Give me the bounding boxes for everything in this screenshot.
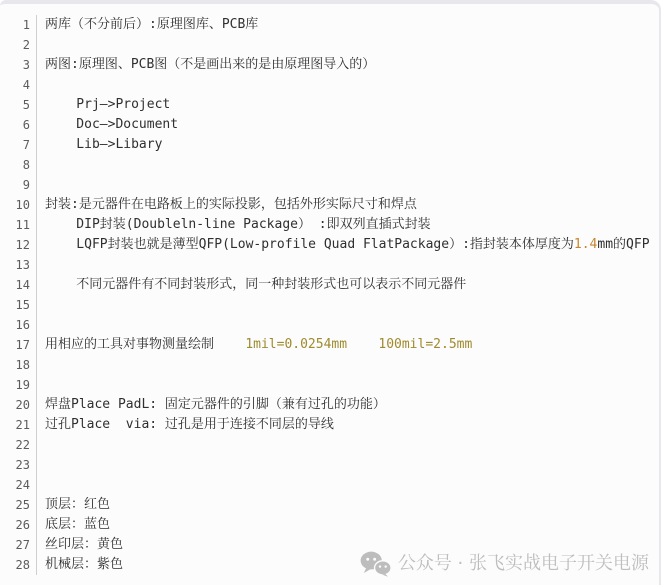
line-number: 15 — [0, 295, 37, 315]
line-number: 4 — [0, 75, 37, 95]
text-line[interactable]: 22 — [0, 435, 659, 455]
line-content: 顶层：红色 — [37, 495, 110, 515]
line-content: Doc—>Document — [37, 115, 178, 135]
text-line[interactable]: 20焊盘Place PadL: 固定元器件的引脚（兼有过孔的功能） — [0, 395, 659, 415]
line-number: 28 — [0, 555, 37, 575]
line-content: 用相应的工具对事物测量绘制 1mil=0.0254mm 100mil=2.5mm — [37, 335, 472, 355]
text-line[interactable]: 4 — [0, 75, 659, 95]
line-number: 18 — [0, 355, 37, 375]
text-line[interactable]: 2 — [0, 35, 659, 55]
line-content: Lib—>Libary — [37, 135, 162, 155]
text-line[interactable]: 13 — [0, 255, 659, 275]
text-line[interactable]: 6 Doc—>Document — [0, 115, 659, 135]
notes-panel: 1两库（不分前后）:原理图库、PCB库23两图:原理图、PCB图（不是画出来的是… — [0, 0, 661, 585]
line-number: 17 — [0, 335, 37, 355]
line-number: 13 — [0, 255, 37, 275]
text-line[interactable]: 26底层：蓝色 — [0, 515, 659, 535]
text-line[interactable]: 15 — [0, 295, 659, 315]
line-content: 底层：蓝色 — [37, 515, 110, 535]
line-content — [37, 355, 45, 375]
line-number: 11 — [0, 215, 37, 235]
line-content — [37, 35, 45, 55]
line-number: 26 — [0, 515, 37, 535]
text-line[interactable]: 18 — [0, 355, 659, 375]
text-line[interactable]: 16 — [0, 315, 659, 335]
line-content — [37, 375, 45, 395]
line-number: 9 — [0, 175, 37, 195]
line-number: 7 — [0, 135, 37, 155]
text-line[interactable]: 21过孔Place via: 过孔是用于连接不同层的导线 — [0, 415, 659, 435]
line-content: 机械层：紫色 — [37, 555, 123, 575]
text-line[interactable]: 12 LQFP封装也就是薄型QFP(Low-profile Quad FlatP… — [0, 235, 659, 255]
text-line[interactable]: 1两库（不分前后）:原理图库、PCB库 — [0, 15, 659, 35]
text-line[interactable]: 10封装:是元器件在电路板上的实际投影，包括外形实际尺寸和焊点 — [0, 195, 659, 215]
line-number: 23 — [0, 455, 37, 475]
line-content: LQFP封装也就是薄型QFP(Low-profile Quad FlatPack… — [37, 235, 650, 255]
text-line[interactable]: 3两图:原理图、PCB图（不是画出来的是由原理图导入的） — [0, 55, 659, 75]
text-line[interactable]: 19 — [0, 375, 659, 395]
line-content: 丝印层：黄色 — [37, 535, 123, 555]
editor-lines[interactable]: 1两库（不分前后）:原理图库、PCB库23两图:原理图、PCB图（不是画出来的是… — [0, 4, 659, 575]
text-line[interactable]: 23 — [0, 455, 659, 475]
line-content: 两库（不分前后）:原理图库、PCB库 — [37, 15, 258, 35]
line-content — [37, 295, 45, 315]
line-number: 14 — [0, 275, 37, 295]
line-number: 6 — [0, 115, 37, 135]
line-number: 1 — [0, 15, 37, 35]
text-line[interactable]: 5 Prj—>Project — [0, 95, 659, 115]
line-content: Prj—>Project — [37, 95, 170, 115]
text-line[interactable]: 28机械层：紫色 — [0, 555, 659, 575]
line-content — [37, 255, 45, 275]
line-content: 封装:是元器件在电路板上的实际投影，包括外形实际尺寸和焊点 — [37, 195, 417, 215]
line-content: DIP封装(Doubleln-line Package） :即双列直插式封装 — [37, 215, 431, 235]
line-content — [37, 455, 45, 475]
line-content — [37, 475, 45, 495]
text-line[interactable]: 8 — [0, 155, 659, 175]
line-number: 8 — [0, 155, 37, 175]
line-number: 12 — [0, 235, 37, 255]
line-number: 16 — [0, 315, 37, 335]
text-line[interactable]: 11 DIP封装(Doubleln-line Package） :即双列直插式封… — [0, 215, 659, 235]
line-number: 22 — [0, 435, 37, 455]
line-number: 25 — [0, 495, 37, 515]
line-number: 10 — [0, 195, 37, 215]
text-line[interactable]: 9 — [0, 175, 659, 195]
line-number: 19 — [0, 375, 37, 395]
line-number: 24 — [0, 475, 37, 495]
text-line[interactable]: 24 — [0, 475, 659, 495]
line-number: 21 — [0, 415, 37, 435]
line-content — [37, 75, 45, 95]
line-content — [37, 155, 45, 175]
line-number: 5 — [0, 95, 37, 115]
line-number: 20 — [0, 395, 37, 415]
text-line[interactable]: 27丝印层：黄色 — [0, 535, 659, 555]
line-number: 27 — [0, 535, 37, 555]
line-content — [37, 315, 45, 335]
line-content: 两图:原理图、PCB图（不是画出来的是由原理图导入的） — [37, 55, 375, 75]
line-content: 焊盘Place PadL: 固定元器件的引脚（兼有过孔的功能） — [37, 395, 386, 415]
text-line[interactable]: 7 Lib—>Libary — [0, 135, 659, 155]
line-number: 2 — [0, 35, 37, 55]
line-content — [37, 435, 45, 455]
text-line[interactable]: 17用相应的工具对事物测量绘制 1mil=0.0254mm 100mil=2.5… — [0, 335, 659, 355]
line-content — [37, 175, 45, 195]
line-content: 过孔Place via: 过孔是用于连接不同层的导线 — [37, 415, 334, 435]
line-number: 3 — [0, 55, 37, 75]
text-line[interactable]: 25顶层：红色 — [0, 495, 659, 515]
text-line[interactable]: 14 不同元器件有不同封装形式，同一种封装形式也可以表示不同元器件 — [0, 275, 659, 295]
line-content: 不同元器件有不同封装形式，同一种封装形式也可以表示不同元器件 — [37, 275, 466, 295]
